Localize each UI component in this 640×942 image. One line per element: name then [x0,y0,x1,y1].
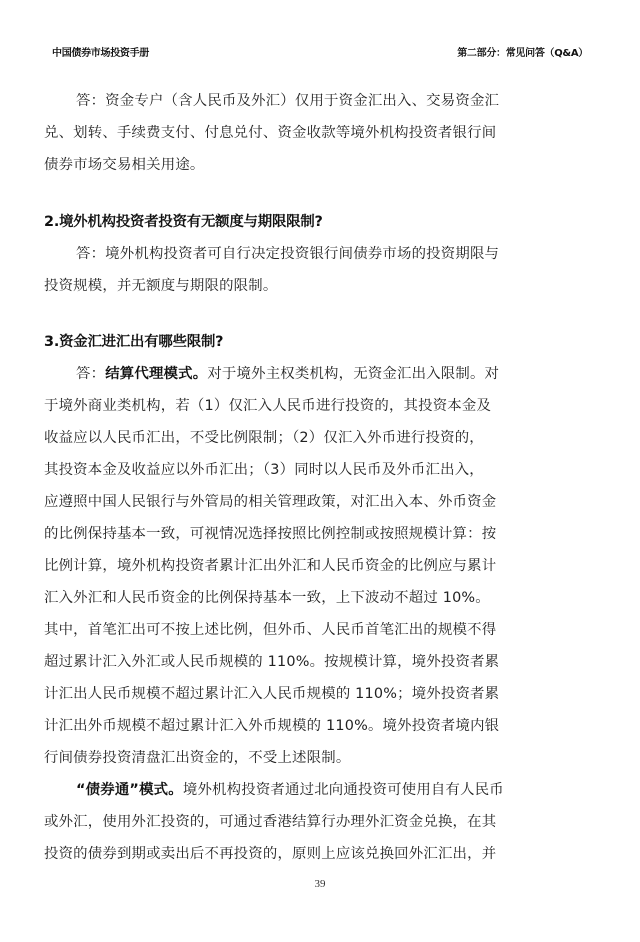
text-line: 比例计算，境外机构投资者累计汇出外汇和人民币资金的比例应与累计 [44,550,596,582]
text-line: 收益应以人民币汇出，不受比例限制；（2）仅汇入外币进行投资的， [44,422,596,454]
text-line: 兑、划转、手续费支付、付息兑付、资金收款等境外机构投资者银行间 [44,117,596,149]
text-line: 超过累计汇入外汇或人民币规模的 110%。按规模计算，境外投资者累 [44,646,596,678]
text-line: 应遵照中国人民银行与外管局的相关管理政策，对汇出入本、外币资金 [44,486,596,518]
settlement-agent-mode-label: 结算代理模式。 [105,366,207,382]
running-header-left: 中国债券市场投资手册 [52,44,149,59]
page-number: 39 [0,878,640,890]
text-line: 其中，首笔汇出可不按上述比例，但外币、人民币首笔汇出的规模不得 [44,614,596,646]
text-line: 答：结算代理模式。对于境外主权类机构，无资金汇出入限制。对 [44,358,628,390]
text-line: 投资规模，并无额度与期限的限制。 [44,270,596,302]
text-line: 计汇出外币规模不超过累计汇入外币规模的 110%。境外投资者境内银 [44,710,596,742]
answer-prefix: 答： [76,366,105,382]
text-line: 投资的债券到期或卖出后不再投资的，原则上应该兑换回外汇汇出，并 [44,838,596,870]
text-line: 汇入外汇和人民币资金的比例保持基本一致，上下波动不超过 10%。 [44,582,596,614]
text-line: “债券通”模式。境外机构投资者通过北向通投资可使用自有人民币 [44,774,628,806]
text-line: 答：资金专户（含人民币及外汇）仅用于资金汇出入、交易资金汇 [44,85,628,117]
bond-connect-mode-label: “债券通”模式。 [76,782,183,798]
text-line: 行间债券投资清盘汇出资金的，不受上述限制。 [44,742,596,774]
running-header-right: 第二部分：常见问答（Q&A） [457,44,588,59]
text-line: 债券市场交易相关用途。 [44,149,596,181]
text-line: 于境外商业类机构，若（1）仅汇入人民币进行投资的，其投资本金及 [44,390,596,422]
text-span: 境外机构投资者通过北向通投资可使用自有人民币 [183,782,504,798]
text-line: 计汇出人民币规模不超过累计汇入人民币规模的 110%；境外投资者累 [44,678,596,710]
text-line: 其投资本金及收益应以外币汇出；（3）同时以人民币及外币汇出入， [44,454,596,486]
text-span: 对于境外主权类机构，无资金汇出入限制。对 [207,366,499,382]
text-line: 答：境外机构投资者可自行决定投资银行间债券市场的投资期限与 [44,238,628,270]
question-heading-2: 2.境外机构投资者投资有无额度与期限限制? [44,206,596,238]
text-line: 的比例保持基本一致，可视情况选择按照比例控制或按照规模计算：按 [44,518,596,550]
question-heading-3: 3.资金汇进汇出有哪些限制? [44,326,596,358]
text-line: 或外汇，使用外汇投资的，可通过香港结算行办理外汇资金兑换，在其 [44,806,596,838]
